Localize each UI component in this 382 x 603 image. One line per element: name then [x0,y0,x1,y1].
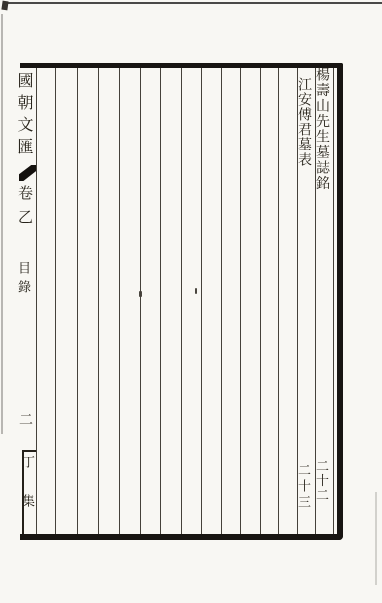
collection-label: 丁集 [21,455,34,533]
entry-title: 楊壽山先生墓誌銘 [314,67,328,191]
column-rule [181,68,182,534]
column-rule [55,68,56,534]
scan-edge-top [4,2,382,4]
scan-corner-mark [1,1,8,11]
column-rule [333,68,334,534]
column-rule [260,68,261,534]
leaf-number: 二 [17,412,31,426]
scanned-page: 國朝文匯 卷乙 目錄 二 丁集 楊壽山先生墓誌銘 二十二 江安傅君墓表 二十三 [0,0,382,603]
scan-artifact-right [375,492,377,585]
section-label: 目錄 [17,261,30,299]
text-frame [20,63,343,540]
column-rule [36,68,37,534]
column-rule [160,68,161,534]
column-rule [240,68,241,534]
column-rule [77,68,78,534]
volume-label: 卷乙 [16,185,31,233]
column-rule [201,68,202,534]
column-rule [119,68,120,534]
column-rule [221,68,222,534]
column-rule [140,68,141,534]
entry-page-number: 二十三 [297,463,310,511]
scan-edge-left [1,14,3,434]
entry-page-number: 二十二 [315,459,328,503]
column-rule [278,68,279,534]
book-title-spine: 國朝文匯 [15,72,31,160]
entry-title: 江安傅君墓表 [296,77,310,167]
column-rule [98,68,99,534]
